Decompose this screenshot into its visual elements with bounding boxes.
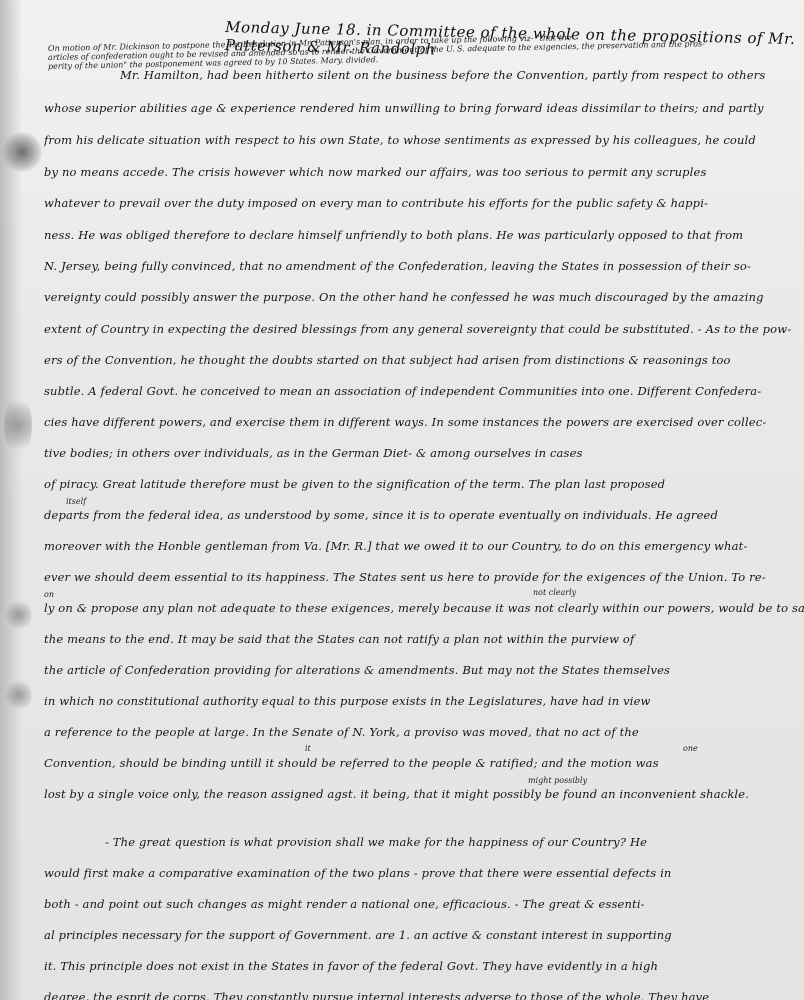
interlineation: itself [66, 497, 86, 506]
interlineation: on [44, 590, 54, 599]
text-line: by no means accede. The crisis however w… [44, 165, 804, 179]
text-line: from his delicate situation with respect… [44, 133, 804, 147]
manuscript-page: Monday June 18. in Committee of the whol… [0, 0, 804, 1000]
text-line: ever we should deem essential to its hap… [44, 570, 804, 584]
text-line: whose superior abilities age & experienc… [44, 101, 804, 115]
text-line: - The great question is what provision s… [105, 835, 804, 849]
text-line: ers of the Convention, he thought the do… [44, 353, 804, 367]
text-line: a reference to the people at large. In t… [44, 725, 804, 739]
interlineation: might possibly [528, 776, 587, 785]
text-line: the article of Confederation providing f… [44, 663, 804, 677]
interlineation: not clearly [533, 588, 576, 597]
text-line: the means to the end. It may be said tha… [44, 632, 804, 646]
text-line: al principles necessary for the support … [44, 928, 804, 942]
text-line: vereignty could possibly answer the purp… [44, 290, 804, 304]
text-line: in which no constitutional authority equ… [44, 694, 804, 708]
text-line: N. Jersey, being fully convinced, that n… [44, 259, 804, 273]
text-line: moreover with the Honble gentleman from … [44, 539, 804, 553]
interlineation: it [305, 744, 311, 753]
ink-blot [6, 600, 32, 630]
text-line: lost by a single voice only, the reason … [44, 787, 804, 801]
text-line: would first make a comparative examinati… [44, 866, 804, 880]
text-line: whatever to prevail over the duty impose… [44, 196, 804, 210]
text-line: degree, the esprit de corps. They consta… [44, 990, 804, 1000]
text-line: Convention, should be binding untill it … [44, 756, 804, 770]
text-line: Mr. Hamilton, had been hitherto silent o… [120, 68, 804, 82]
ink-blot [6, 680, 32, 710]
ink-blot [4, 395, 32, 455]
text-line: cies have different powers, and exercise… [44, 415, 804, 429]
text-line: it. This principle does not exist in the… [44, 959, 804, 973]
text-line: subtle. A federal Govt. he conceived to … [44, 384, 804, 398]
text-line: extent of Country in expecting the desir… [44, 322, 804, 336]
text-line: departs from the federal idea, as unders… [44, 508, 804, 522]
interlineation: one [683, 744, 698, 753]
text-line: both - and point out such changes as mig… [44, 897, 804, 911]
text-line: ness. He was obliged therefore to declar… [44, 228, 804, 242]
ink-blot [2, 132, 42, 172]
text-line: of piracy. Great latitude therefore must… [44, 477, 804, 491]
text-line: tive bodies; in others over individuals,… [44, 446, 804, 460]
text-line: ly on & propose any plan not adequate to… [44, 601, 804, 615]
